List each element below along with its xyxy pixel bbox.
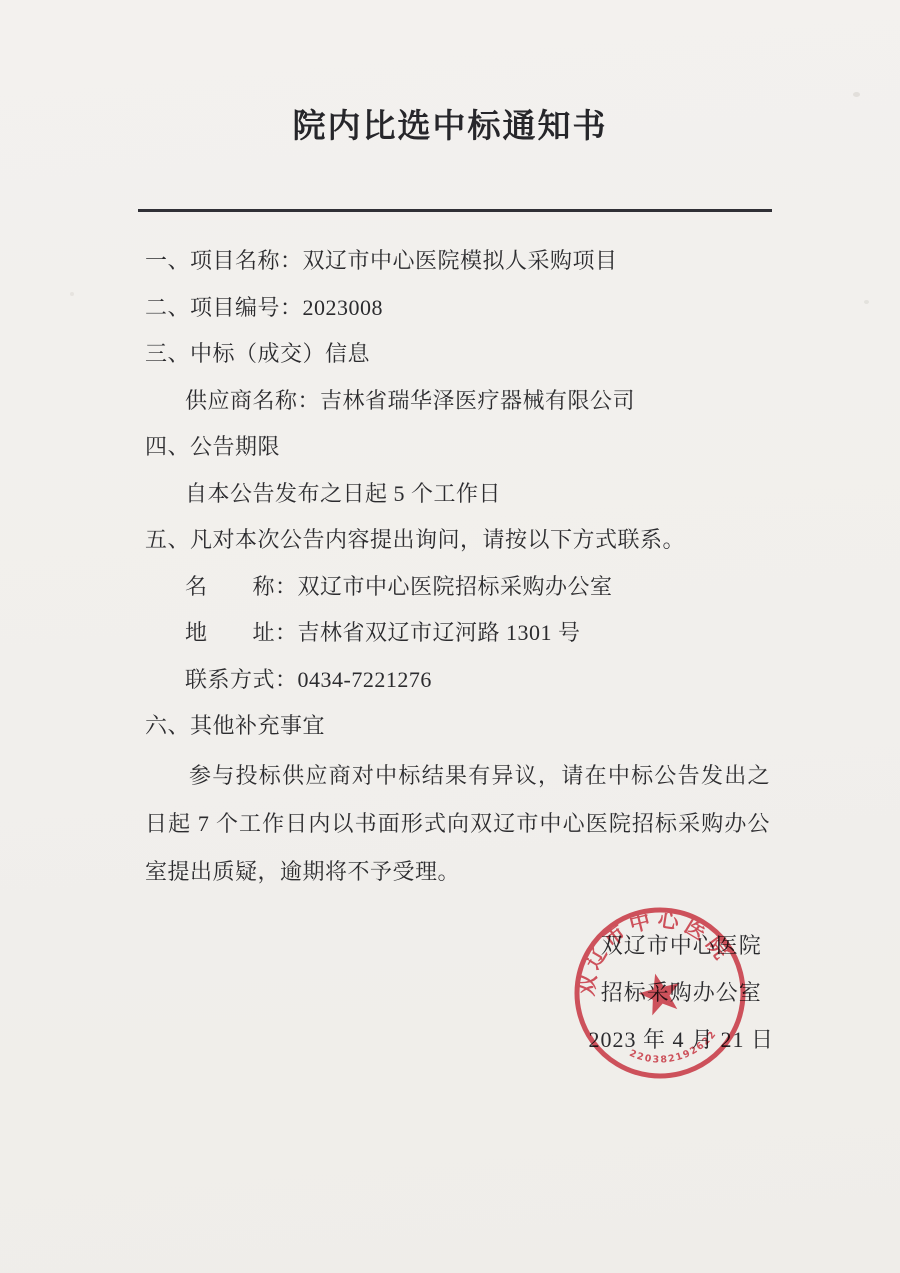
- item-text: 自本公告发布之日起 5 个工作日: [185, 481, 501, 506]
- doc-line-period-detail: 自本公告发布之日起 5 个工作日: [145, 471, 770, 518]
- doc-line-supplier-name: 供应商名称：吉林省瑞华泽医疗器械有限公司: [145, 378, 770, 425]
- item-text: 项目编号：2023008: [190, 295, 383, 320]
- scan-speck: [853, 92, 860, 97]
- item-marker: 六、: [145, 713, 190, 738]
- item-marker: 二、: [145, 295, 190, 320]
- item-text: 联系方式：0434-7221276: [185, 667, 432, 692]
- signature-block: 双辽市中心医院 招标采购办公室 2023 年 4 月 21 日: [588, 922, 774, 1063]
- item-text: 其他补充事宜: [190, 713, 325, 738]
- item-text: 供应商名称：吉林省瑞华泽医疗器械有限公司: [185, 388, 635, 413]
- doc-line-project-number: 二、项目编号：2023008: [145, 285, 770, 332]
- item-marker: 五、: [145, 527, 190, 552]
- item-text: 项目名称：双辽市中心医院模拟人采购项目: [190, 248, 618, 273]
- doc-line-project-name: 一、项目名称：双辽市中心医院模拟人采购项目: [145, 238, 770, 285]
- scan-speck: [864, 300, 869, 304]
- doc-line-contact-name: 名 称：双辽市中心医院招标采购办公室: [145, 564, 770, 611]
- horizontal-rule: [138, 209, 772, 212]
- doc-line-supplementary: 六、其他补充事宜: [145, 703, 770, 750]
- item-text: 中标（成交）信息: [190, 341, 370, 366]
- item-text: 名 称：双辽市中心医院招标采购办公室: [185, 574, 613, 599]
- doc-line-contact-address: 地 址：吉林省双辽市辽河路 1301 号: [145, 610, 770, 657]
- document-body: 一、项目名称：双辽市中心医院模拟人采购项目 二、项目编号：2023008 三、中…: [145, 238, 770, 896]
- closing-paragraph: 参与投标供应商对中标结果有异议，请在中标公告发出之日起 7 个工作日内以书面形式…: [145, 752, 770, 896]
- item-marker: 三、: [145, 341, 190, 366]
- doc-line-award-info: 三、中标（成交）信息: [145, 331, 770, 378]
- doc-line-inquiry: 五、凡对本次公告内容提出询问，请按以下方式联系。: [145, 517, 770, 564]
- item-text: 凡对本次公告内容提出询问，请按以下方式联系。: [190, 527, 685, 552]
- doc-line-contact-phone: 联系方式：0434-7221276: [145, 657, 770, 704]
- signature-org-line2: 招标采购办公室: [588, 969, 774, 1016]
- item-text: 公告期限: [190, 434, 280, 459]
- item-marker: 四、: [145, 434, 190, 459]
- item-text: 地 址：吉林省双辽市辽河路 1301 号: [185, 620, 581, 645]
- document-title: 院内比选中标通知书: [0, 0, 900, 147]
- signature-date: 2023 年 4 月 21 日: [588, 1016, 774, 1063]
- document-page: 院内比选中标通知书 一、项目名称：双辽市中心医院模拟人采购项目 二、项目编号：2…: [0, 0, 900, 1273]
- item-marker: 一、: [145, 248, 190, 273]
- scan-speck: [70, 292, 74, 296]
- signature-org-line1: 双辽市中心医院: [588, 922, 774, 969]
- doc-line-announcement-period: 四、公告期限: [145, 424, 770, 471]
